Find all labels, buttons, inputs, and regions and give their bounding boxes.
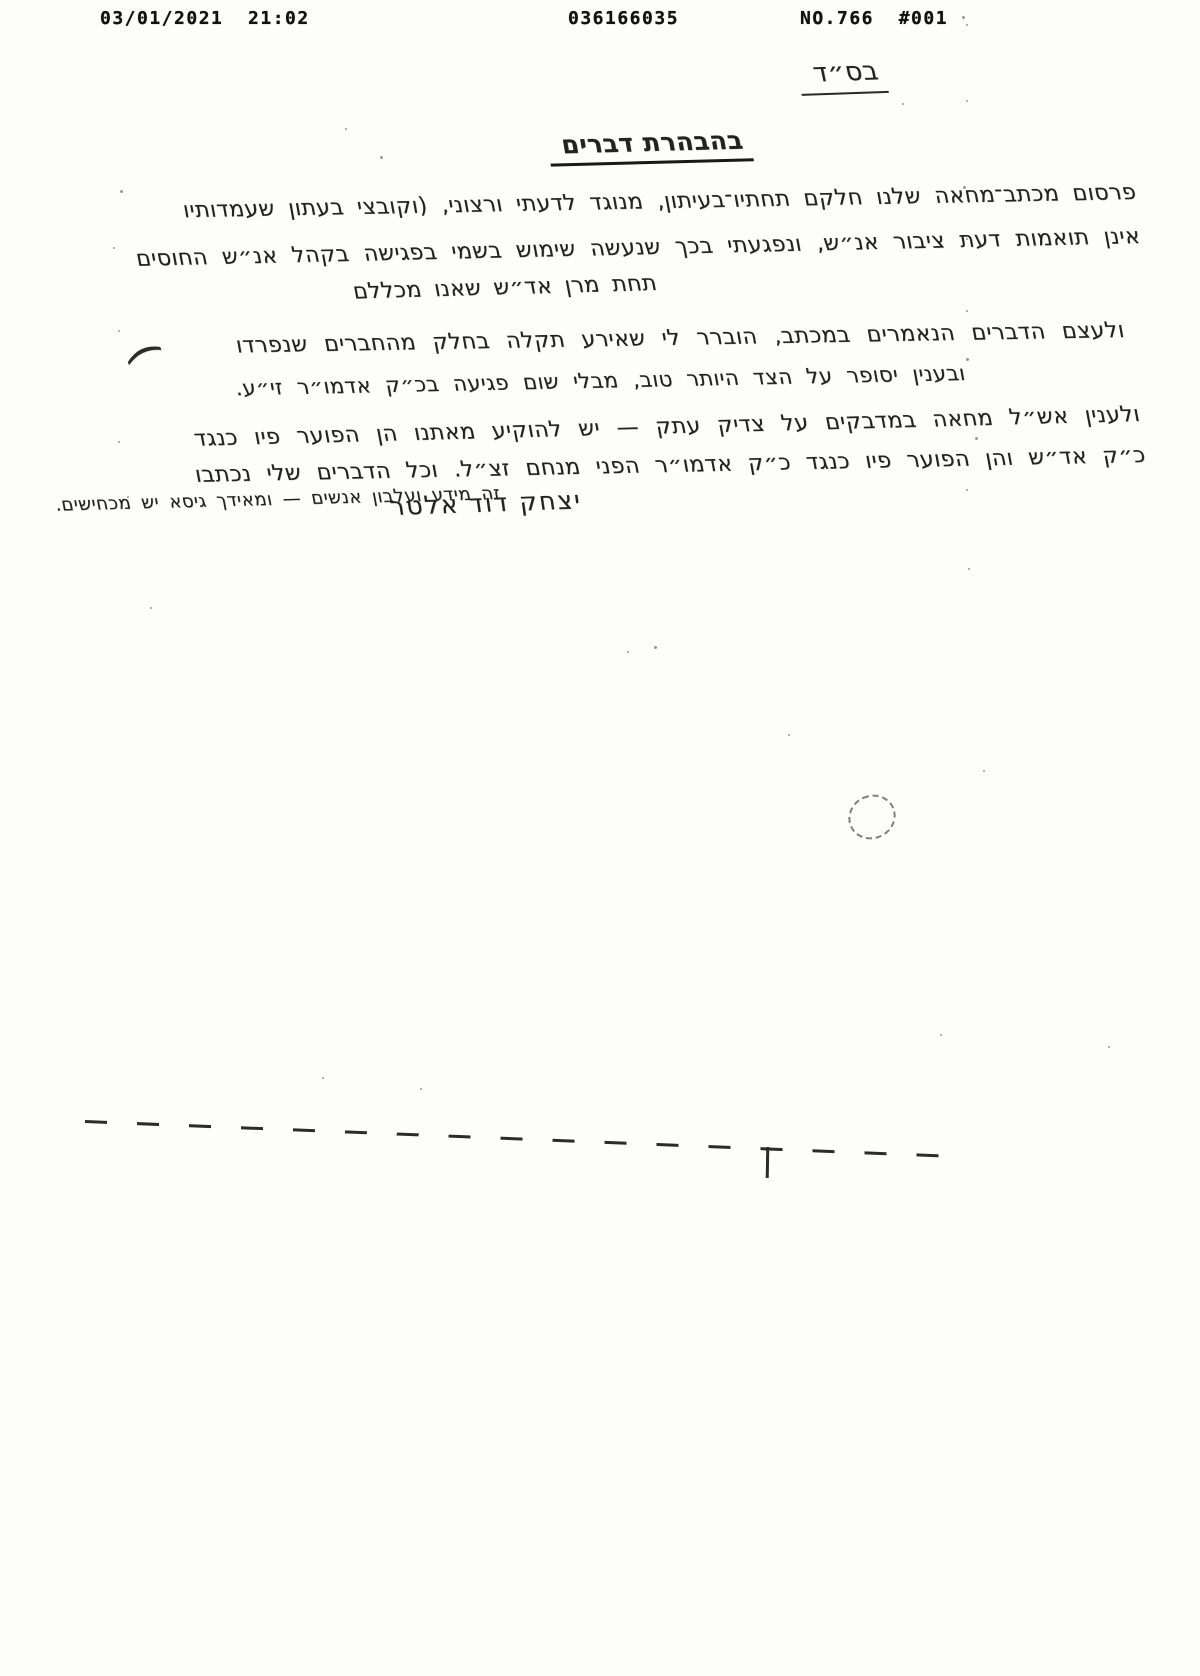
- scan-speck: [966, 238, 968, 240]
- scan-speck: [940, 1034, 942, 1036]
- scan-speck: [118, 330, 120, 332]
- handwritten-line: תחת מרן אד״ש שאנו מכללם: [351, 271, 659, 304]
- scan-speck: [322, 1077, 324, 1079]
- scan-speck: [902, 103, 904, 105]
- scan-speck: [966, 489, 968, 491]
- scan-speck: [118, 441, 120, 443]
- scan-speck: [966, 100, 968, 102]
- signature: יצחק דוד אלטר: [388, 485, 584, 521]
- scan-speck: [627, 651, 629, 653]
- fax-datetime: 03/01/2021 21:02: [100, 8, 310, 29]
- letter-title: בהבהרת דברים: [545, 125, 754, 166]
- scanned-fax-page: 03/01/2021 21:02 036166035 NO.766 #001 ב…: [0, 0, 1200, 1676]
- handwritten-line: כ״ק אד״ש והן הפוער פיו כנגד כ״ק אדמו״ר ה…: [193, 443, 1148, 488]
- dashed-separator-line: [85, 1120, 964, 1158]
- vertical-tick-mark: [766, 1147, 769, 1178]
- scan-speck: [983, 770, 985, 772]
- scan-speck: [975, 437, 978, 440]
- scan-speck: [420, 1088, 422, 1090]
- scan-speck: [654, 646, 657, 649]
- scan-speck: [966, 24, 968, 26]
- scan-speck: [966, 358, 969, 361]
- paragraph-paren-mark: (: [120, 336, 168, 370]
- handwritten-line: ולעצם הדברים הנאמרים במכתב, הוברר לי שאי…: [234, 318, 1127, 358]
- scan-speck: [968, 568, 970, 570]
- scan-speck: [962, 16, 965, 19]
- scan-speck: [150, 607, 152, 609]
- circle-doodle: [841, 787, 903, 847]
- scan-speck: [345, 128, 347, 130]
- handwritten-line: ולענין אש״ל מחאה במדבקים על צדיק עתק — י…: [192, 402, 1142, 452]
- scan-speck: [127, 496, 129, 498]
- scan-speck: [788, 734, 790, 736]
- scan-speck: [380, 156, 383, 159]
- scan-speck: [120, 190, 123, 193]
- scan-speck: [113, 247, 115, 249]
- handwritten-line: אינן תואמות דעת ציבור אנ״ש, ונפגעתי בכך …: [134, 224, 1142, 272]
- fax-station-id: 036166035: [568, 8, 679, 29]
- bsd-mark: בס״ד: [794, 56, 889, 96]
- handwritten-line: ובענין יסופר על הצד היותר טוב, מבלי שום …: [233, 361, 967, 400]
- fax-page-info: NO.766 #001: [800, 8, 948, 29]
- scan-speck: [963, 186, 966, 189]
- handwritten-line: פרסום מכתב־מחאה שלנו חלקם תחתיו־בעיתון, …: [181, 180, 1138, 223]
- scan-speck: [1108, 1046, 1110, 1048]
- scan-speck: [966, 310, 968, 312]
